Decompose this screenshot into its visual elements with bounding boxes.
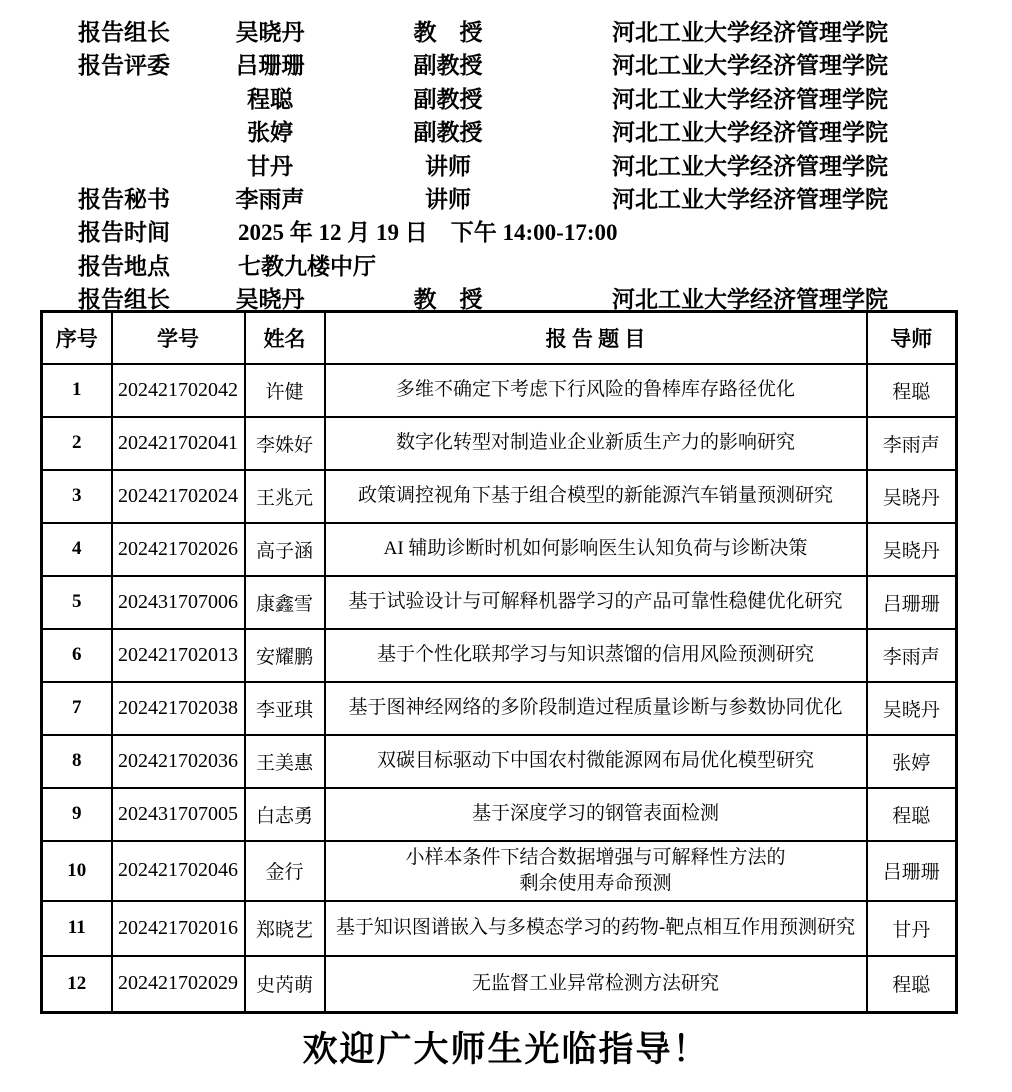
student-name-cell: 安耀鹏	[245, 629, 325, 682]
student-id-cell: 202421702046	[112, 841, 245, 901]
student-id-cell: 202421702042	[112, 364, 245, 417]
advisor-cell: 程聪	[867, 364, 957, 417]
student-id-cell: 202421702029	[112, 956, 245, 1013]
info-label: 报告组长	[78, 14, 188, 47]
advisor-cell: 吕珊珊	[867, 576, 957, 629]
row-number-cell: 5	[42, 576, 112, 629]
report-schedule-page: 报告组长 吴晓丹 教 授 河北工业大学经济管理学院 报告评委 吕珊珊 副教授 河…	[0, 0, 1012, 1092]
topic-cell: 政策调控视角下基于组合模型的新能源汽车销量预测研究	[325, 470, 867, 523]
topic-cell: 基于图神经网络的多阶段制造过程质量诊断与参数协同优化	[325, 682, 867, 735]
student-id-cell: 202421702041	[112, 417, 245, 470]
info-row-leader: 报告组长 吴晓丹 教 授 河北工业大学经济管理学院	[0, 12, 1012, 45]
advisor-cell: 程聪	[867, 956, 957, 1013]
student-id-cell: 202431707005	[112, 788, 245, 841]
table-row: 1 202421702042 许健 多维不确定下考虑下行风险的鲁棒库存路径优化 …	[42, 364, 957, 417]
report-time-value: 2025 年 12 月 19 日 下午 14:00-17:00	[238, 214, 617, 247]
person-name: 李雨声	[228, 181, 312, 214]
person-organization: 河北工业大学经济管理学院	[612, 114, 888, 147]
student-id-cell: 202421702038	[112, 682, 245, 735]
info-row-time: 报告时间 2025 年 12 月 19 日 下午 14:00-17:00	[0, 212, 1012, 245]
row-number-cell: 1	[42, 364, 112, 417]
info-row-committee: 程聪 副教授 河北工业大学经济管理学院	[0, 79, 1012, 112]
table-row: 5 202431707006 康鑫雪 基于试验设计与可解释机器学习的产品可靠性稳…	[42, 576, 957, 629]
topic-cell: 基于个性化联邦学习与知识蒸馏的信用风险预测研究	[325, 629, 867, 682]
topic-cell: AI 辅助诊断时机如何影响医生认知负荷与诊断决策	[325, 523, 867, 576]
table-row: 7 202421702038 李亚琪 基于图神经网络的多阶段制造过程质量诊断与参…	[42, 682, 957, 735]
person-title: 副教授	[398, 81, 498, 114]
student-id-cell: 202421702026	[112, 523, 245, 576]
row-number-cell: 8	[42, 735, 112, 788]
table-row: 2 202421702041 李姝好 数字化转型对制造业企业新质生产力的影响研究…	[42, 417, 957, 470]
person-organization: 河北工业大学经济管理学院	[612, 81, 888, 114]
row-number-cell: 4	[42, 523, 112, 576]
topic-cell: 无监督工业异常检测方法研究	[325, 956, 867, 1013]
person-organization: 河北工业大学经济管理学院	[612, 148, 888, 181]
info-label: 报告地点	[78, 248, 188, 281]
header-student-id: 学号	[112, 312, 245, 364]
student-name-cell: 李亚琪	[245, 682, 325, 735]
student-name-cell: 高子涵	[245, 523, 325, 576]
header-no: 序号	[42, 312, 112, 364]
topic-cell: 基于知识图谱嵌入与多模态学习的药物-靶点相互作用预测研究	[325, 901, 867, 956]
student-id-cell: 202431707006	[112, 576, 245, 629]
advisor-cell: 吴晓丹	[867, 682, 957, 735]
person-title: 讲师	[398, 148, 498, 181]
advisor-cell: 李雨声	[867, 417, 957, 470]
row-number-cell: 10	[42, 841, 112, 901]
report-info-section: 报告组长 吴晓丹 教 授 河北工业大学经济管理学院 报告评委 吕珊珊 副教授 河…	[0, 12, 1012, 313]
welcome-message: 欢迎广大师生光临指导！	[0, 1022, 1012, 1072]
person-name: 程聪	[228, 81, 312, 114]
row-number-cell: 3	[42, 470, 112, 523]
table-row: 3 202421702024 王兆元 政策调控视角下基于组合模型的新能源汽车销量…	[42, 470, 957, 523]
person-organization: 河北工业大学经济管理学院	[612, 47, 888, 80]
student-name-cell: 许健	[245, 364, 325, 417]
row-number-cell: 7	[42, 682, 112, 735]
row-number-cell: 11	[42, 901, 112, 956]
topic-cell: 数字化转型对制造业企业新质生产力的影响研究	[325, 417, 867, 470]
student-name-cell: 金行	[245, 841, 325, 901]
table-row: 4 202421702026 高子涵 AI 辅助诊断时机如何影响医生认知负荷与诊…	[42, 523, 957, 576]
info-row-committee: 甘丹 讲师 河北工业大学经济管理学院	[0, 146, 1012, 179]
table-row: 9 202431707005 白志勇 基于深度学习的钢管表面检测 程聪	[42, 788, 957, 841]
student-name-cell: 王兆元	[245, 470, 325, 523]
person-title: 副教授	[398, 114, 498, 147]
person-name: 吴晓丹	[228, 14, 312, 47]
header-topic: 报 告 题 目	[325, 312, 867, 364]
row-number-cell: 12	[42, 956, 112, 1013]
table-header-row: 序号 学号 姓名 报 告 题 目 导师	[42, 312, 957, 364]
topic-cell: 基于试验设计与可解释机器学习的产品可靠性稳健优化研究	[325, 576, 867, 629]
student-id-cell: 202421702036	[112, 735, 245, 788]
person-organization: 河北工业大学经济管理学院	[612, 14, 888, 47]
person-title: 教 授	[398, 14, 498, 47]
advisor-cell: 吕珊珊	[867, 841, 957, 901]
row-number-cell: 6	[42, 629, 112, 682]
report-location-value: 七教九楼中厅	[238, 248, 376, 281]
advisor-cell: 张婷	[867, 735, 957, 788]
presentation-table: 序号 学号 姓名 报 告 题 目 导师 1 202421702042 许健 多维…	[40, 310, 958, 1014]
student-id-cell: 202421702013	[112, 629, 245, 682]
student-id-cell: 202421702016	[112, 901, 245, 956]
info-label: 报告评委	[78, 47, 188, 80]
person-name: 甘丹	[228, 148, 312, 181]
info-label: 报告秘书	[78, 181, 188, 214]
header-advisor: 导师	[867, 312, 957, 364]
advisor-cell: 吴晓丹	[867, 470, 957, 523]
student-name-cell: 王美惠	[245, 735, 325, 788]
advisor-cell: 程聪	[867, 788, 957, 841]
header-name: 姓名	[245, 312, 325, 364]
table-row: 12 202421702029 史芮萌 无监督工业异常检测方法研究 程聪	[42, 956, 957, 1013]
row-number-cell: 9	[42, 788, 112, 841]
advisor-cell: 甘丹	[867, 901, 957, 956]
student-name-cell: 白志勇	[245, 788, 325, 841]
info-row-committee: 张婷 副教授 河北工业大学经济管理学院	[0, 112, 1012, 145]
info-row-committee: 报告评委 吕珊珊 副教授 河北工业大学经济管理学院	[0, 45, 1012, 78]
student-name-cell: 郑晓艺	[245, 901, 325, 956]
student-id-cell: 202421702024	[112, 470, 245, 523]
table-row: 11 202421702016 郑晓艺 基于知识图谱嵌入与多模态学习的药物-靶点…	[42, 901, 957, 956]
student-name-cell: 康鑫雪	[245, 576, 325, 629]
person-organization: 河北工业大学经济管理学院	[612, 181, 888, 214]
topic-cell: 基于深度学习的钢管表面检测	[325, 788, 867, 841]
topic-cell: 多维不确定下考虑下行风险的鲁棒库存路径优化	[325, 364, 867, 417]
info-row-secretary: 报告秘书 李雨声 讲师 河北工业大学经济管理学院	[0, 179, 1012, 212]
student-name-cell: 史芮萌	[245, 956, 325, 1013]
info-row-location: 报告地点 七教九楼中厅	[0, 246, 1012, 279]
student-name-cell: 李姝好	[245, 417, 325, 470]
info-label: 报告时间	[78, 214, 188, 247]
person-title: 副教授	[398, 47, 498, 80]
topic-cell: 双碳目标驱动下中国农村微能源网布局优化模型研究	[325, 735, 867, 788]
info-row-leader: 报告组长 吴晓丹 教 授 河北工业大学经济管理学院	[0, 279, 1012, 312]
row-number-cell: 2	[42, 417, 112, 470]
person-name: 吕珊珊	[228, 47, 312, 80]
table-row: 8 202421702036 王美惠 双碳目标驱动下中国农村微能源网布局优化模型…	[42, 735, 957, 788]
person-name: 张婷	[228, 114, 312, 147]
table-row: 6 202421702013 安耀鹏 基于个性化联邦学习与知识蒸馏的信用风险预测…	[42, 629, 957, 682]
advisor-cell: 李雨声	[867, 629, 957, 682]
table-row: 10 202421702046 金行 小样本条件下结合数据增强与可解释性方法的 …	[42, 841, 957, 901]
advisor-cell: 吴晓丹	[867, 523, 957, 576]
topic-cell: 小样本条件下结合数据增强与可解释性方法的 剩余使用寿命预测	[325, 841, 867, 901]
person-title: 讲师	[398, 181, 498, 214]
